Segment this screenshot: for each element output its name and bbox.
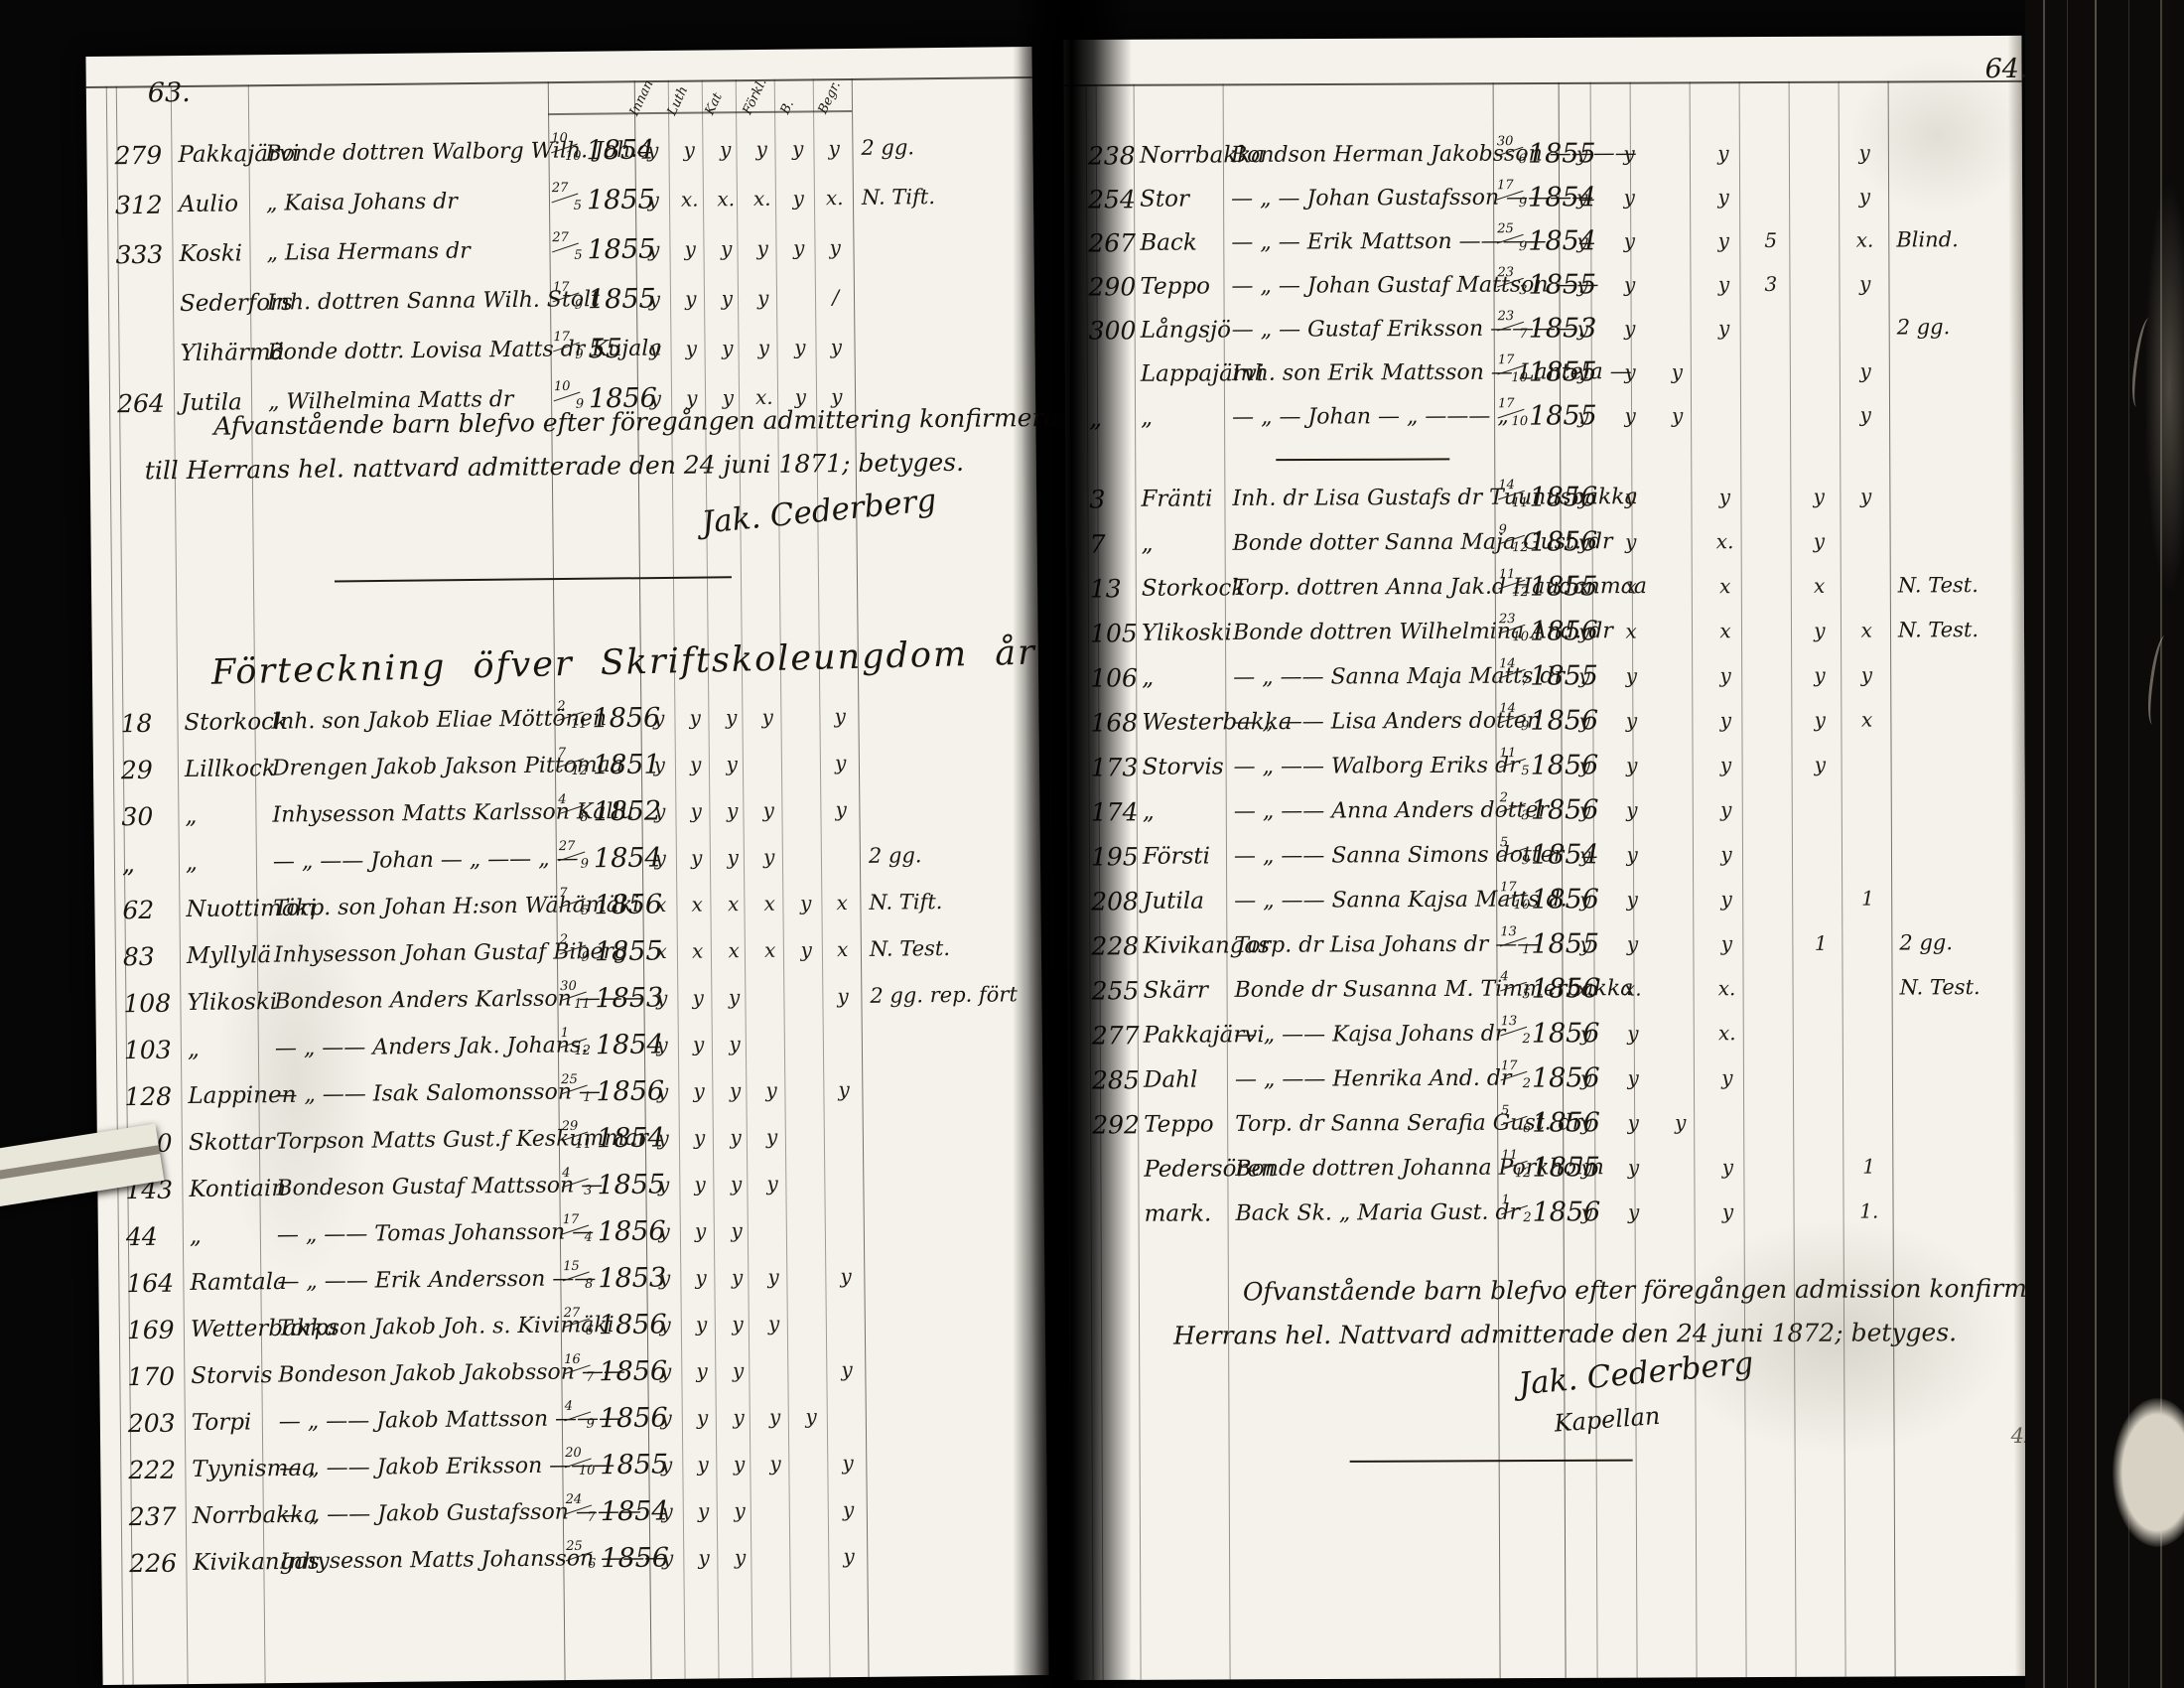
exam-marks: yyyyy bbox=[641, 796, 859, 822]
entry-number: 226 bbox=[129, 1548, 177, 1577]
school-youth-1872-rows-right: 3 Fränti Inh. dr Lisa Gustafs dr Tuunusb… bbox=[1065, 473, 2026, 1236]
exam-mark: y bbox=[646, 1265, 683, 1289]
birth-month: 6 bbox=[564, 1325, 594, 1336]
birth-month: 7 bbox=[1499, 676, 1529, 688]
exam-mark: y bbox=[1609, 1021, 1657, 1045]
exam-mark bbox=[828, 1310, 865, 1334]
farm-name: Teppo bbox=[1140, 273, 1210, 299]
birth-month: 9 bbox=[565, 1418, 595, 1430]
birth-month: 5 bbox=[1501, 989, 1531, 1001]
exam-mark bbox=[1842, 315, 1889, 339]
farm-name: Skärr bbox=[1144, 977, 1209, 1003]
farm-name: „ bbox=[188, 1036, 200, 1061]
exam-mark bbox=[1794, 228, 1842, 252]
exam-mark: y bbox=[793, 1404, 830, 1428]
exam-marks: yyyyy bbox=[644, 1076, 862, 1102]
farm-name: Ylikoski bbox=[1142, 620, 1232, 645]
exam-mark: x bbox=[1843, 707, 1891, 731]
exam-mark bbox=[825, 1030, 862, 1054]
exam-mark: y bbox=[677, 752, 714, 775]
exam-mark: y bbox=[746, 336, 782, 359]
exam-mark: x bbox=[751, 937, 788, 961]
birth-month: 12 bbox=[558, 765, 588, 776]
farm-name: Myllylä bbox=[187, 942, 272, 969]
margin-note: N. Test. bbox=[870, 935, 950, 960]
exam-mark bbox=[752, 984, 789, 1008]
birth-month: 9 bbox=[1500, 855, 1530, 867]
birth-month: 5 bbox=[559, 905, 589, 916]
exam-marks: xxxxyx bbox=[642, 890, 860, 915]
exam-mark bbox=[793, 1451, 830, 1475]
exam-mark: y bbox=[1563, 1021, 1610, 1045]
exam-mark bbox=[1656, 842, 1704, 866]
birth-date-fraction: 27 6 bbox=[564, 1307, 594, 1342]
exam-mark: y bbox=[1700, 185, 1747, 209]
exam-mark bbox=[1655, 753, 1703, 776]
margin-note: 2 gg. bbox=[861, 135, 914, 160]
farm-name: Back bbox=[1140, 230, 1197, 256]
birth-date-fraction: 25 1 bbox=[561, 1073, 591, 1109]
exam-mark: x. bbox=[1563, 976, 1610, 1000]
birth-month: 12 bbox=[1499, 542, 1529, 554]
exam-mark: y bbox=[1843, 662, 1891, 686]
register-row: 173 Storvis — „ —— Walborg Eriks dr 11 5… bbox=[1066, 741, 2024, 789]
exam-mark bbox=[1748, 528, 1796, 552]
birth-month: 11 bbox=[562, 1138, 592, 1150]
birth-month: 5 bbox=[553, 250, 583, 262]
farm-name: Torpi bbox=[192, 1409, 252, 1436]
exam-mark: y bbox=[686, 1545, 723, 1569]
confirmation-note-1872: Ofvanstående barn blefvo efter föregånge… bbox=[1173, 1267, 2047, 1358]
exam-mark: x. bbox=[1702, 529, 1749, 553]
exam-mark: y bbox=[714, 752, 751, 775]
exam-mark bbox=[1748, 573, 1796, 597]
exam-mark: y bbox=[680, 1032, 717, 1055]
birth-month: 3 bbox=[1497, 285, 1527, 297]
exam-mark: y bbox=[1843, 484, 1890, 507]
birth-month: 5 bbox=[552, 201, 582, 212]
birth-date-fraction: 17 4 bbox=[563, 1213, 593, 1249]
exam-mark bbox=[1750, 930, 1798, 954]
farm-name: „ bbox=[1142, 664, 1154, 690]
person-description: „ Kaisa Johans dr bbox=[266, 190, 458, 216]
exam-mark bbox=[1843, 528, 1890, 552]
exam-marks: yyyyy bbox=[646, 1263, 864, 1289]
exam-mark bbox=[1654, 529, 1702, 553]
register-row: 255 Skärr Bonde dr Susanna M. Timmerbakk… bbox=[1067, 964, 2025, 1013]
register-row: 238 Norrbakka Bondson Herman Jakobsson —… bbox=[1064, 130, 2022, 178]
exam-mark bbox=[1657, 1021, 1705, 1045]
exam-mark: y bbox=[1606, 273, 1654, 297]
exam-mark bbox=[789, 1031, 826, 1055]
person-description: — „ —— Lisa Anders dotter bbox=[1233, 708, 1537, 734]
exam-mark: y bbox=[641, 752, 678, 775]
birth-date-fraction: 4 9 bbox=[565, 1400, 595, 1436]
birth-date-fraction: 24 7 bbox=[566, 1493, 596, 1529]
exam-mark bbox=[1749, 796, 1797, 820]
birth-date-fraction: 17 10 bbox=[1498, 398, 1528, 434]
exam-mark: y bbox=[641, 798, 678, 822]
exam-mark: y bbox=[1610, 1199, 1658, 1223]
exam-mark: y bbox=[1608, 753, 1656, 776]
exam-mark: y bbox=[830, 1450, 867, 1474]
exam-mark: y bbox=[683, 1265, 720, 1289]
exam-mark: y bbox=[635, 237, 672, 261]
exam-mark: y bbox=[1842, 271, 1889, 295]
exam-mark: x bbox=[1843, 618, 1890, 641]
exam-mark: y bbox=[1610, 1110, 1658, 1134]
exam-mark: y bbox=[681, 1125, 718, 1149]
entry-number: 103 bbox=[124, 1035, 172, 1063]
exam-mark: y bbox=[645, 1125, 682, 1149]
register-row: 300 Långsjö — „ — Gustaf Eriksson ———— 2… bbox=[1065, 305, 2023, 352]
exam-marks: yyy bbox=[644, 1030, 862, 1055]
exam-mark bbox=[1845, 1109, 1893, 1133]
exam-mark: y bbox=[713, 705, 750, 729]
birth-date-fraction: 2 3 bbox=[1500, 792, 1530, 828]
exam-mark bbox=[1799, 1198, 1846, 1222]
birth-date-fraction: 11 12 bbox=[1499, 569, 1529, 605]
exam-mark: y bbox=[1609, 1065, 1657, 1089]
birth-month: 1 bbox=[561, 1091, 591, 1103]
exam-mark: y bbox=[721, 1405, 757, 1429]
exam-marks: yyy5x. bbox=[1559, 227, 1888, 252]
pastor-signature-1871: Jak. Cederberg bbox=[700, 483, 938, 541]
exam-mark: y bbox=[753, 1124, 790, 1148]
birth-date-fraction: 23 7 bbox=[1498, 311, 1528, 347]
exam-mark: y bbox=[1703, 708, 1750, 732]
person-description: — „ —— Tomas Johansson — bbox=[277, 1219, 595, 1247]
exam-mark: y bbox=[1560, 317, 1607, 341]
exam-mark: x bbox=[716, 938, 752, 962]
birth-date-fraction: 17 10 bbox=[1498, 354, 1528, 390]
note-line: till Herrans hel. nattvard admitterade d… bbox=[145, 441, 969, 493]
exam-mark: x bbox=[1796, 573, 1843, 597]
birth-date-fraction: 17 10 bbox=[1500, 882, 1530, 917]
exam-mark: 1 bbox=[1844, 886, 1892, 910]
exam-mark: y bbox=[751, 844, 787, 868]
exam-mark: y bbox=[647, 1358, 684, 1382]
exam-mark: y bbox=[684, 1405, 721, 1429]
exam-mark: y bbox=[1563, 1110, 1610, 1134]
exam-mark bbox=[1656, 887, 1704, 911]
birth-date-fraction: 27 5 bbox=[552, 232, 582, 268]
exam-marks: yyyyy bbox=[640, 703, 858, 729]
exam-mark bbox=[1794, 185, 1842, 209]
birth-date-fraction: 15 8 bbox=[563, 1260, 593, 1296]
exam-mark: x bbox=[679, 938, 716, 962]
birth-date-fraction: 20 10 bbox=[565, 1447, 595, 1482]
exam-mark: y bbox=[780, 235, 817, 259]
exam-mark: y bbox=[1608, 663, 1656, 687]
exam-mark bbox=[1747, 359, 1795, 383]
scanned-register-spread: 63. Innan Luth Kat Förkl. bbox=[0, 0, 2184, 1688]
entry-number: 169 bbox=[127, 1315, 175, 1343]
register-row: 3 Fränti Inh. dr Lisa Gustafs dr Tuunusb… bbox=[1065, 473, 2023, 521]
exam-mark: y bbox=[1705, 1155, 1752, 1179]
margin-note: N. Tift. bbox=[862, 185, 935, 210]
exam-mark: 3 bbox=[1747, 272, 1795, 296]
birth-month: 12 bbox=[1501, 1168, 1531, 1180]
exam-mark: y bbox=[1842, 184, 1889, 208]
exam-mark: y bbox=[755, 1311, 792, 1335]
exam-mark bbox=[1843, 841, 1891, 865]
exam-mark bbox=[1655, 619, 1703, 642]
exam-mark: y bbox=[788, 937, 825, 961]
exam-mark: y bbox=[1703, 753, 1750, 776]
exam-marks: yyyy/ bbox=[636, 285, 854, 311]
exam-mark: y bbox=[787, 891, 824, 914]
exam-marks: yyy1 bbox=[1562, 886, 1891, 911]
entry-number: 237 bbox=[129, 1501, 177, 1530]
exam-marks: yyyyy bbox=[648, 1403, 866, 1429]
exam-mark: y bbox=[719, 1218, 755, 1242]
exam-mark: y bbox=[636, 287, 673, 311]
exam-mark: y bbox=[1606, 360, 1654, 384]
exam-mark: y bbox=[680, 985, 717, 1009]
exam-mark: x. bbox=[1704, 976, 1751, 1000]
exam-mark: y bbox=[1562, 842, 1609, 866]
birth-date-fraction: 17 2 bbox=[1501, 1060, 1531, 1096]
exam-mark bbox=[1657, 1065, 1705, 1089]
birth-month: 8 bbox=[563, 1278, 593, 1290]
exam-mark: y bbox=[1704, 931, 1751, 955]
person-description: — „ — Johan — „ ——— „ bbox=[1232, 404, 1509, 430]
exam-mark: y bbox=[830, 1496, 867, 1520]
birth-date-fraction: 4 8 bbox=[558, 793, 588, 829]
exam-marks: x.x.x. bbox=[1563, 975, 1892, 1000]
exam-mark: y bbox=[822, 750, 859, 774]
birth-month: 10 bbox=[1498, 416, 1528, 428]
exam-mark bbox=[1750, 975, 1798, 999]
entry-number: 222 bbox=[128, 1455, 176, 1483]
exam-mark: y bbox=[645, 1172, 682, 1196]
birth-month: 10 bbox=[565, 1465, 595, 1477]
exam-mark: y bbox=[822, 703, 859, 727]
exam-mark: y bbox=[678, 798, 715, 822]
exam-mark: y bbox=[642, 845, 679, 869]
exam-mark: y bbox=[1705, 1199, 1752, 1223]
birth-month: 2 bbox=[1501, 1078, 1531, 1090]
exam-mark bbox=[1750, 886, 1798, 910]
farm-name: Ylikoski bbox=[187, 989, 277, 1016]
exam-mark bbox=[758, 1544, 795, 1568]
exam-marks: xxxx bbox=[1561, 573, 1890, 598]
birth-date-fraction: 4 3 bbox=[562, 1167, 592, 1202]
exam-mark: y bbox=[1702, 663, 1749, 687]
exam-mark: y bbox=[757, 1451, 794, 1475]
farm-name: Jutila bbox=[1143, 888, 1204, 914]
exam-mark: y bbox=[1654, 359, 1702, 383]
exam-mark: y bbox=[721, 1452, 757, 1476]
farm-name: Stor bbox=[1140, 187, 1189, 212]
birth-month: 2 bbox=[1502, 1212, 1532, 1224]
birth-date-fraction: 4 5 bbox=[1500, 971, 1530, 1007]
exam-mark bbox=[1656, 797, 1704, 821]
birth-date-fraction: 23 10 bbox=[1499, 614, 1529, 649]
exam-mark: x bbox=[1607, 619, 1655, 642]
exam-mark: y bbox=[1563, 1155, 1610, 1179]
birth-date-fraction: 27 5 bbox=[552, 183, 582, 218]
exam-mark: x bbox=[642, 892, 679, 915]
entry-number: 62 bbox=[122, 895, 154, 923]
exam-mark: y bbox=[1560, 404, 1607, 428]
confirmation-note-1871: Afvanstående barn blefvo efter föregånge… bbox=[144, 397, 969, 493]
birth-date-fraction: 30 6 bbox=[1497, 136, 1527, 172]
exam-mark: y bbox=[1703, 842, 1750, 866]
exam-mark bbox=[794, 1544, 831, 1568]
birth-month: 7 bbox=[564, 1371, 594, 1383]
exam-mark: y bbox=[720, 1312, 756, 1336]
birth-month: 12 bbox=[1499, 587, 1529, 599]
exam-mark: y bbox=[825, 983, 862, 1007]
exam-mark: y bbox=[1561, 708, 1608, 732]
birth-month: 6 bbox=[1501, 1123, 1531, 1135]
exam-mark bbox=[1749, 752, 1797, 775]
exam-mark: y bbox=[1609, 887, 1657, 911]
exam-mark: y bbox=[649, 1545, 686, 1569]
exam-mark bbox=[1798, 1064, 1845, 1088]
exam-mark: y bbox=[1607, 529, 1655, 553]
person-description: Back Sk. „ Maria Gust. dr bbox=[1236, 1199, 1521, 1225]
exam-mark: y bbox=[1606, 229, 1654, 253]
exam-mark: y bbox=[1704, 1065, 1751, 1089]
exam-mark bbox=[790, 1124, 827, 1148]
exam-mark bbox=[826, 1123, 863, 1147]
exam-mark: y bbox=[682, 1218, 719, 1242]
exam-mark bbox=[1750, 841, 1798, 865]
birth-month: 3 bbox=[1500, 810, 1530, 822]
exam-mark bbox=[1655, 574, 1703, 598]
exam-mark: y bbox=[829, 1356, 866, 1380]
exam-mark: y bbox=[718, 1172, 754, 1196]
exam-mark bbox=[1844, 1020, 1892, 1044]
exam-mark: y bbox=[781, 335, 818, 358]
right-page: 64. 238 Norrbakka Bondson Herman Jakobss… bbox=[1063, 36, 2028, 1680]
exam-mark: y bbox=[751, 797, 787, 821]
exam-mark: x. bbox=[816, 186, 853, 210]
exam-mark: y bbox=[648, 1452, 685, 1476]
birth-month: 11 bbox=[560, 998, 590, 1010]
exam-mark: 5 bbox=[1747, 228, 1795, 252]
birth-date-fraction: 10 10 bbox=[551, 133, 581, 169]
exam-mark: y bbox=[648, 1405, 685, 1429]
exam-mark bbox=[789, 1077, 826, 1101]
exam-mark bbox=[1798, 1109, 1845, 1133]
exam-mark bbox=[781, 285, 818, 309]
exam-mark bbox=[1657, 1199, 1705, 1223]
exam-mark bbox=[1798, 975, 1845, 999]
exam-mark: y bbox=[1703, 797, 1750, 821]
school-youth-1872-rows: 18 Storkock Inh. son Jakob Eliae Möttöne… bbox=[92, 690, 1047, 1587]
exam-mark bbox=[1747, 316, 1795, 340]
exam-mark: y bbox=[714, 798, 751, 822]
exam-mark: x. bbox=[1704, 1021, 1751, 1045]
register-row: 174 „ — „ —— Anna Anders dotter 2 3 1856… bbox=[1067, 785, 2025, 834]
exam-mark: x. bbox=[1842, 227, 1889, 251]
exam-mark bbox=[786, 797, 823, 821]
book-gutter-shadow bbox=[1013, 0, 1132, 1688]
exam-mark bbox=[1749, 707, 1797, 731]
exam-marks: yyyy bbox=[647, 1310, 865, 1336]
exam-mark: y bbox=[715, 845, 751, 869]
entry-number: 128 bbox=[124, 1081, 172, 1110]
entry-number: „ bbox=[122, 849, 135, 878]
entry-number: 44 bbox=[126, 1221, 158, 1250]
exam-mark: y bbox=[716, 985, 752, 1009]
exam-mark: y bbox=[1561, 663, 1608, 687]
exam-marks: yyyy bbox=[642, 843, 860, 869]
exam-mark bbox=[790, 1171, 827, 1195]
exam-mark: y bbox=[673, 336, 710, 359]
birth-month: 9 bbox=[559, 858, 589, 870]
exam-mark: y bbox=[831, 1543, 868, 1567]
exam-mark: y bbox=[719, 1265, 755, 1289]
exam-mark: y bbox=[722, 1498, 758, 1522]
exam-mark: y bbox=[685, 1452, 722, 1476]
exam-marks: yyyyy bbox=[1560, 484, 1889, 508]
exam-mark bbox=[1751, 1109, 1799, 1133]
birth-month: 9 bbox=[553, 300, 583, 312]
group-divider-rule bbox=[1276, 458, 1449, 461]
note-line: Herrans hel. Nattvard admitterade den 24… bbox=[1173, 1311, 2047, 1358]
exam-mark: y bbox=[1702, 485, 1749, 508]
exam-mark: x. bbox=[744, 187, 780, 211]
exam-mark bbox=[1798, 1154, 1845, 1178]
exam-mark: y bbox=[780, 186, 817, 210]
exam-mark: y bbox=[1605, 186, 1653, 210]
exam-mark: y bbox=[818, 335, 855, 358]
exam-mark: y bbox=[709, 336, 746, 359]
person-description: Bondeson Gustaf Mattsson — bbox=[276, 1173, 603, 1200]
margin-note: 2 gg. bbox=[1897, 315, 1951, 339]
birth-month: 3 bbox=[562, 1185, 592, 1196]
exam-mark: y bbox=[682, 1172, 719, 1196]
exam-column-header: Begr. bbox=[823, 78, 861, 112]
exam-marks: yyyy bbox=[645, 1123, 863, 1149]
birth-date-fraction: 16 7 bbox=[564, 1353, 594, 1389]
exam-mark: y bbox=[677, 705, 714, 729]
exam-mark: y bbox=[718, 1125, 754, 1149]
exam-mark: y bbox=[1607, 485, 1655, 508]
exam-mark: x. bbox=[671, 187, 708, 211]
margin-note: 2 gg. bbox=[1899, 930, 1953, 954]
exam-mark: y bbox=[1701, 316, 1748, 340]
entry-number: 170 bbox=[127, 1361, 175, 1390]
register-row: Pedersören Bonde dottren Johanna Porkhol… bbox=[1068, 1143, 2026, 1192]
birth-year: 55 bbox=[588, 334, 622, 364]
exam-mark: y bbox=[1560, 360, 1607, 384]
exam-mark bbox=[1751, 1198, 1799, 1222]
exam-mark: y bbox=[753, 1077, 790, 1101]
exam-mark bbox=[1701, 359, 1748, 383]
register-row: 168 Westerbakka — „ —— Lisa Anders dotte… bbox=[1066, 696, 2024, 745]
birth-month: 4 bbox=[563, 1231, 593, 1243]
person-description: — „ —— Walborg Eriks dr bbox=[1234, 753, 1520, 778]
exam-mark bbox=[1843, 752, 1891, 775]
exam-mark bbox=[1748, 484, 1796, 507]
farm-name: Storvis bbox=[191, 1362, 272, 1389]
exam-mark bbox=[1701, 403, 1748, 427]
birth-month: 10 bbox=[551, 151, 581, 163]
exam-mark: y bbox=[744, 137, 780, 161]
exam-mark: y bbox=[717, 1078, 753, 1102]
entry-number: 279 bbox=[114, 141, 162, 170]
exam-mark: y bbox=[1700, 141, 1747, 165]
register-row: 292 Teppo Torp. dr Sanna Serafia Gust. d… bbox=[1068, 1098, 2026, 1147]
exam-marks: yyy bbox=[1563, 1109, 1892, 1134]
exam-mark: y bbox=[779, 136, 816, 160]
